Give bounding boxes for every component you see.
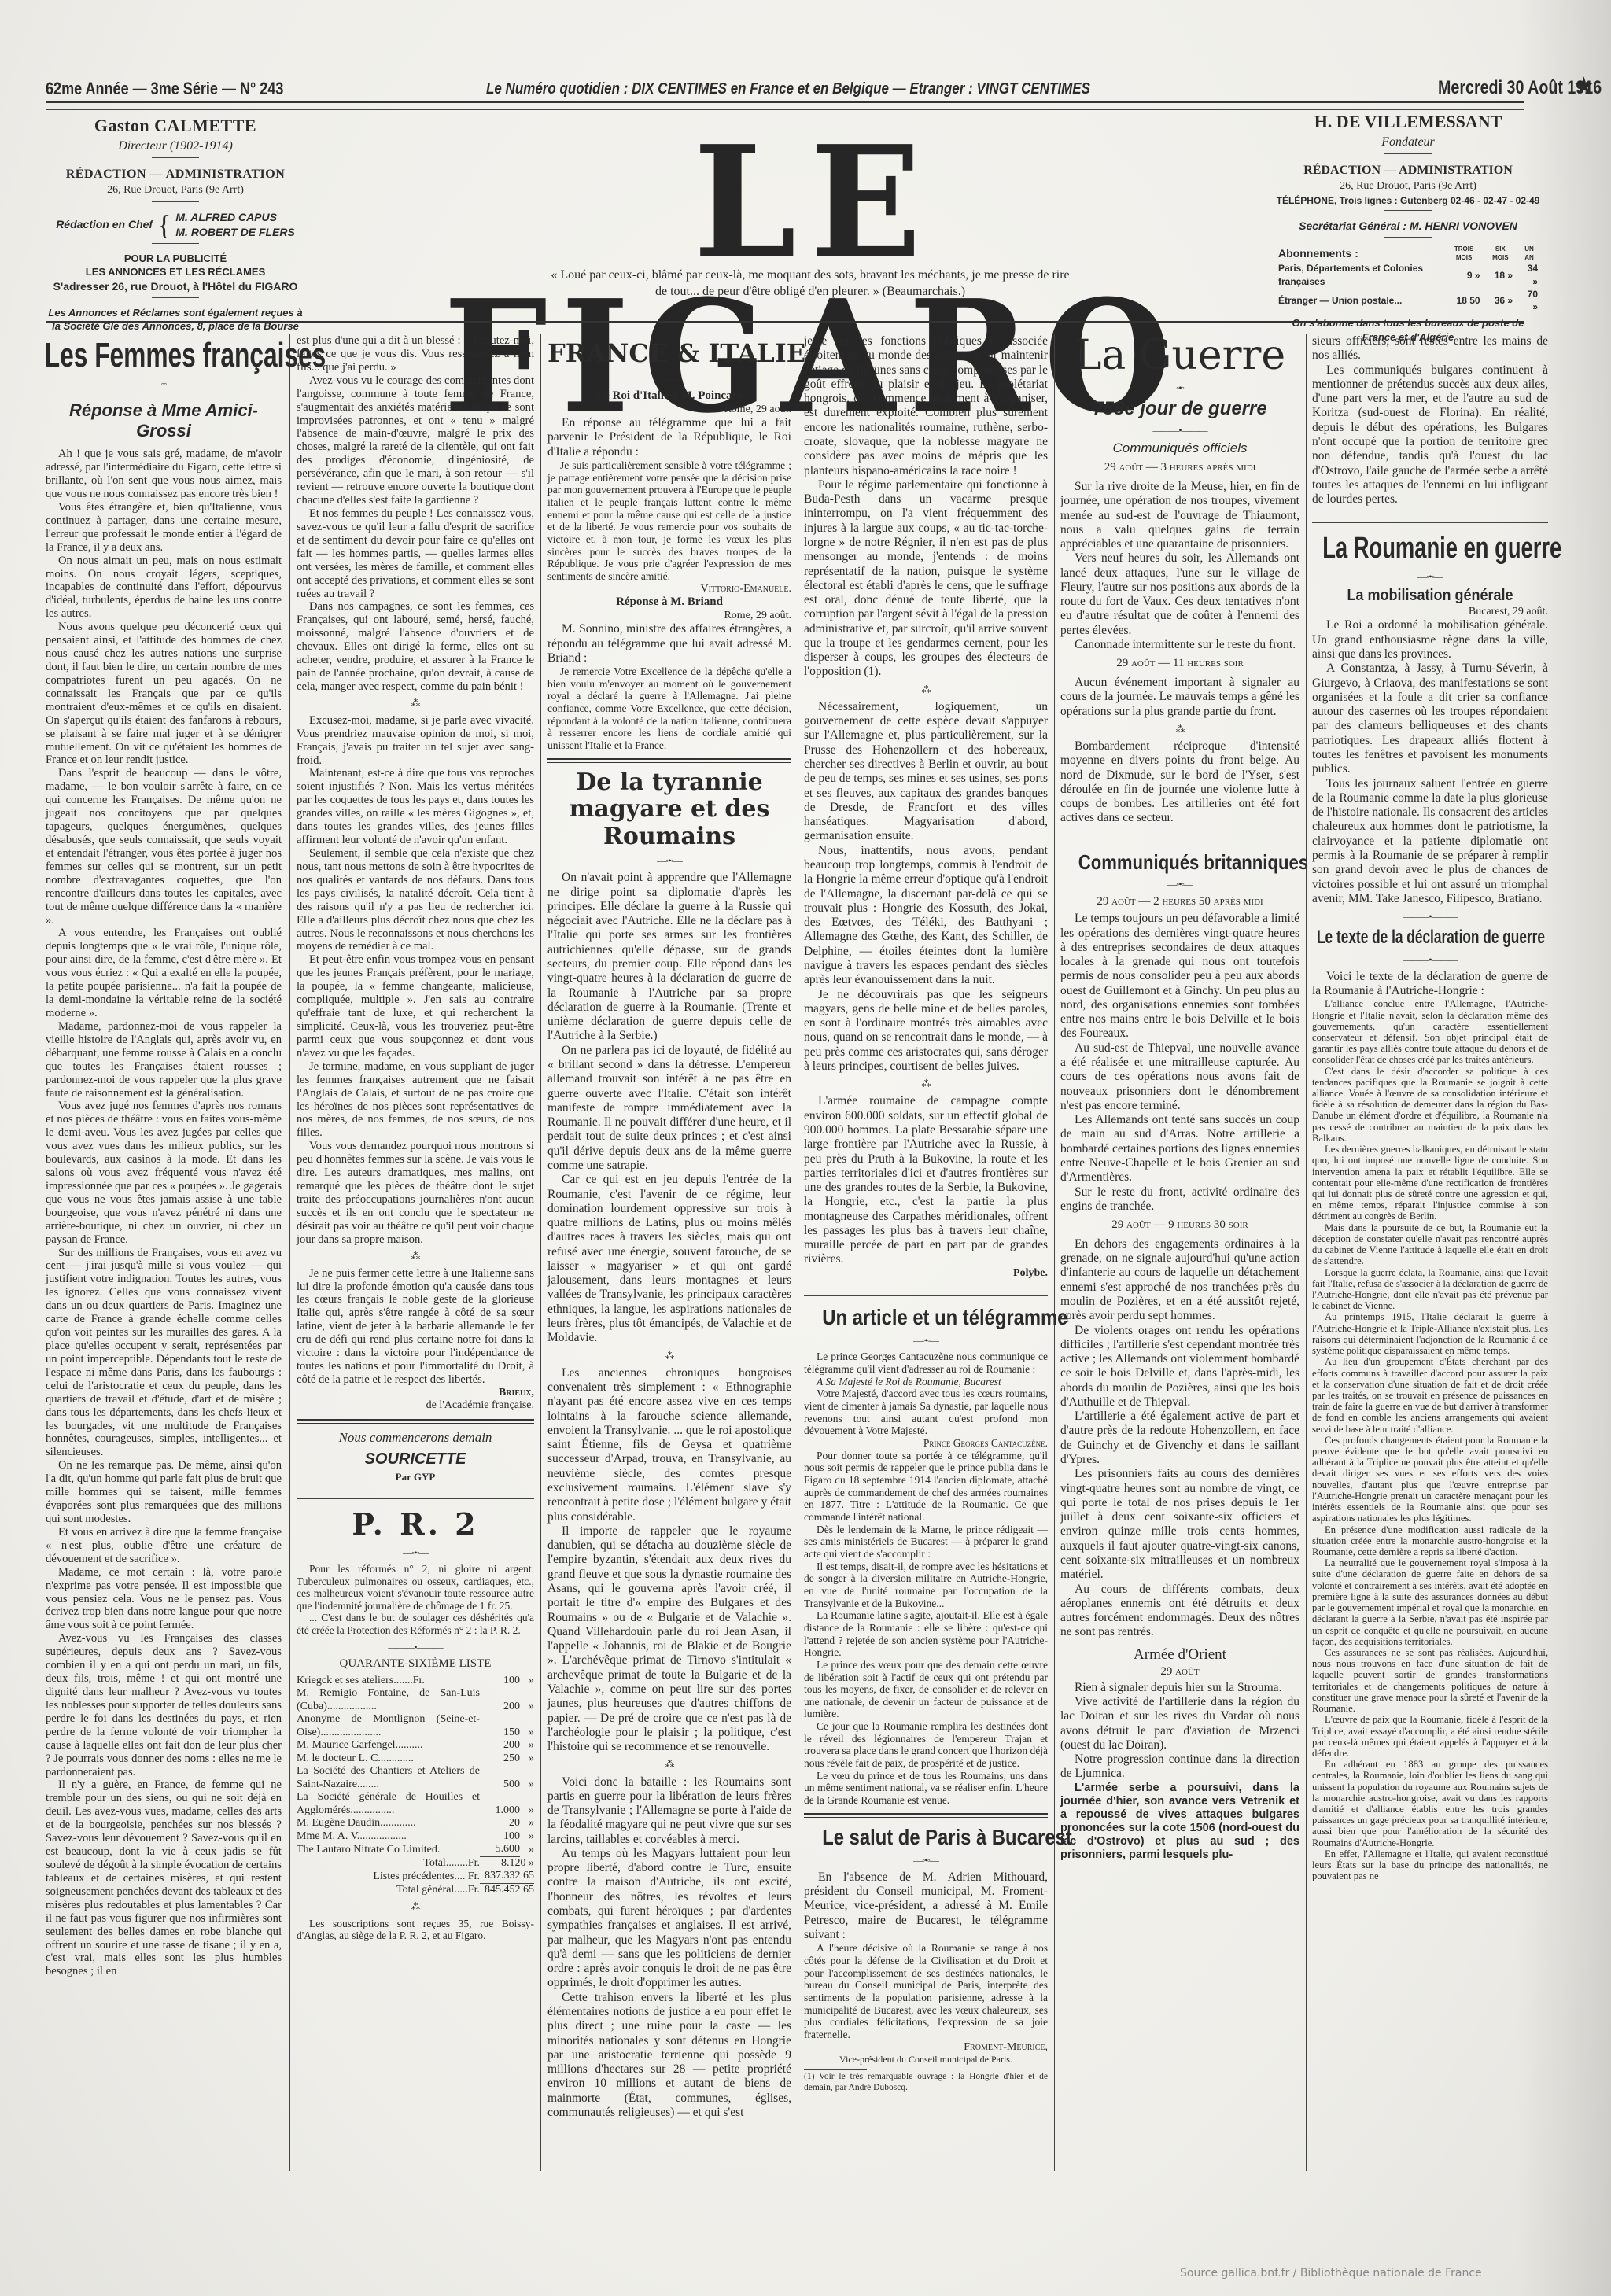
article-subhead: La mobilisation générale (1324, 587, 1536, 606)
ornament-divider: —◦•◦— (1060, 879, 1299, 890)
article-headline: Les Femmes françaises (45, 337, 282, 374)
table-row: Paris, Départements et Colonies français… (1274, 262, 1542, 287)
dateline: Bucarest, 29 août. (1312, 606, 1548, 619)
column-rule (798, 334, 798, 2171)
article-headline: FRANCE & ITALIE (547, 339, 791, 369)
ornament-divider: ———•——— (297, 1642, 534, 1653)
subscriptions-label: Abonnements : (1274, 245, 1444, 263)
chief-editors: Rédaction en Chef { M. ALFRED CAPUS M. R… (46, 210, 305, 240)
communique-time: 29 août — 2 heures 50 après midi (1060, 895, 1299, 909)
section-headline: Armée d'Orient (1060, 1646, 1299, 1664)
wave-divider (804, 1288, 1048, 1296)
article-headline: Le salut de Paris à Bucarest (822, 1824, 1030, 1850)
pr2-body: Pour les réformés n° 2, ni gloire ni arg… (297, 1563, 534, 1637)
col-header: TROIS MOIS (1444, 245, 1484, 263)
column-5: La Guerre —◦•◦— 758e jour de guerre ———•… (1060, 334, 1299, 1862)
list-item: M. Eugène Daudin.............20» (297, 1817, 534, 1830)
asterism-icon: ⁂ (804, 684, 1048, 695)
communique-time: 29 août — 11 heures soir (1060, 657, 1299, 671)
star-icon: ★ (1573, 72, 1594, 100)
article-headline: Un article et un télégramme (822, 1304, 1030, 1330)
founder-name: H. DE VILLEMESSANT (1274, 110, 1542, 134)
article-headline: Le texte de la déclaration de guerre (1317, 927, 1543, 949)
ornament-divider: —◦•◦— (297, 1547, 534, 1558)
author-signature: Brieux, (297, 1387, 534, 1400)
telephone: TÉLÉPHONE, Trois lignes : Gutenberg 02-4… (1274, 194, 1542, 207)
wave-divider (1060, 834, 1299, 842)
dateline: Rome, 29 août. (547, 404, 791, 417)
list-item: Kriegck et ses ateliers.......Fr.100» (297, 1675, 534, 1688)
address: 26, Rue Drouot, Paris (9e Arrt) (1274, 179, 1542, 194)
col-header: SIX MOIS (1484, 245, 1517, 263)
column-1: Les Femmes françaises — ◦◦ — Réponse à M… (46, 334, 282, 1978)
signature: Vittorio-Emanuele. (547, 583, 791, 596)
advertising-line-2: LES ANNONCES ET LES RÉCLAMES (46, 265, 305, 279)
wave-divider (297, 1491, 534, 1499)
asterism-icon: ⁂ (547, 1351, 791, 1362)
masthead-bottom-rule (46, 321, 1524, 330)
article-headline: La Guerre (1060, 334, 1299, 378)
motto: « Loué par ceux-ci, blâmé par ceux-là, m… (551, 267, 1070, 300)
price-line: Le Numéro quotidien : DIX CENTIMES en Fr… (486, 80, 1090, 98)
source-credit: Source gallica.bnf.fr / Bibliothèque nat… (1180, 2267, 1482, 2279)
ornament-divider (1384, 237, 1432, 242)
feuilleton-intro: Nous commencerons demain (297, 1430, 534, 1446)
ornament-divider: — ◦◦ — (46, 378, 282, 389)
list-item: Mme M. A. V..................100» (297, 1830, 534, 1844)
section-rule (804, 1813, 1048, 1818)
advertising-line-3: S'adresser 26, rue Drouot, à l'Hôtel du … (46, 279, 305, 294)
pr2-footer: Les souscriptions sont reçues 35, rue Bo… (297, 1918, 534, 1942)
ornament-divider: —◦•◦— (547, 374, 791, 385)
feuilleton-title: SOURICETTE (297, 1450, 534, 1469)
article-headline: La Roumanie en guerre (1322, 531, 1538, 566)
secretariat: Secrétariat Général : M. HENRI VONOVEN (1274, 219, 1542, 234)
column-6: sieurs officiers, sont restés entre les … (1312, 334, 1548, 1882)
list-item: The Lautaro Nitrate Co Limited.5.600» (297, 1843, 534, 1856)
ornament-divider (152, 297, 199, 303)
redaction-label: RÉDACTION — ADMINISTRATION (1274, 162, 1542, 179)
header-rule (46, 101, 1524, 110)
telegram-text: Je suis particulièrement sensible à votr… (547, 459, 791, 583)
column-2: est plus d'une qui a dit à un blessé : «… (297, 334, 534, 1942)
subscription-table: Abonnements : TROIS MOIS SIX MOIS UN AN … (1274, 245, 1542, 313)
article-headline: De la tyrannie magyare et des Roumains (547, 769, 791, 851)
table-row: Étranger — Union postale... 18 50 36 » 7… (1274, 288, 1542, 313)
ornament-divider (1384, 210, 1432, 216)
asterism-icon: ⁂ (804, 1078, 1048, 1089)
communique-time: 29 août (1060, 1665, 1299, 1679)
ornament-divider (152, 201, 199, 207)
director-name: Gaston CALMETTE (46, 114, 305, 138)
article-subhead: 758e jour de guerre (1060, 398, 1299, 420)
article-headline: Communiqués britanniques (1078, 850, 1281, 875)
list-item: M. Remigio Fontaine, de San-Luis (Cuba).… (297, 1687, 534, 1713)
ornament-divider (152, 243, 199, 249)
issue-number: 62me Année — 3me Série — N° 243 (46, 79, 283, 99)
article-subhead: Le Roi d'Italie à M. Poincaré (547, 389, 791, 404)
author-signature: Polybe. (804, 1267, 1048, 1281)
ornament-divider: ———•——— (1060, 425, 1299, 436)
section-rule (547, 758, 791, 763)
column-rule (1306, 334, 1307, 2171)
chief-editor-1: M. ALFRED CAPUS (175, 211, 277, 223)
asterism-icon: ⁂ (1060, 724, 1299, 735)
address: 26, Rue Drouot, Paris (9e Arrt) (46, 183, 305, 198)
feuilleton-author: Par GYP (297, 1471, 534, 1483)
ornament-divider: —◦•◦— (804, 1855, 1048, 1866)
column-rule (289, 334, 290, 2171)
director-role: Directeur (1902-1914) (46, 138, 305, 155)
column-rule (540, 334, 541, 2171)
asterism-icon: ⁂ (297, 1901, 534, 1912)
article-body-continued: est plus d'une qui a dit à un blessé : «… (297, 334, 534, 1387)
signature-title: Vice-président du Conseil municipal de P… (804, 2054, 1048, 2065)
wave-divider (1312, 514, 1548, 523)
donation-list: Kriegck et ses ateliers.......Fr.100» M.… (297, 1675, 534, 1897)
section-subhead: Communiqués officiels (1060, 440, 1299, 456)
list-title: QUARANTE-SIXIÈME LISTE (297, 1657, 534, 1671)
list-item: M. Maurice Garfengel..........200» (297, 1739, 534, 1752)
dateline: Rome, 29 août. (547, 610, 791, 623)
newspaper-page: 62me Année — 3me Série — N° 243 Le Numér… (0, 0, 1611, 2296)
chief-editors-label: Rédaction en Chef (56, 217, 153, 232)
previous-row: Listes précédentes.... Fr.837.332 65 (297, 1870, 534, 1883)
column-3: FRANCE & ITALIE —◦•◦— Le Roi d'Italie à … (547, 334, 791, 2120)
col-header: UN AN (1517, 245, 1542, 263)
list-item: Anonyme de Montlignon (Seine-et-Oise)...… (297, 1713, 534, 1739)
author-title: de l'Académie française. (297, 1399, 534, 1413)
telegram-text: Je remercie Votre Excellence de la dépêc… (547, 665, 791, 752)
pr2-headline: P. R. 2 (297, 1507, 534, 1542)
total-row: Total........Fr.8.120 » (297, 1856, 534, 1870)
communique-time: 29 août — 9 heures 30 soir (1060, 1218, 1299, 1233)
article-body: Ah ! que je vous sais gré, madame, de m'… (46, 448, 282, 1978)
chief-editor-2: M. ROBERT DE FLERS (175, 226, 294, 238)
article-subhead: Réponse à Mme Amici-Grossi (46, 400, 282, 441)
signature: Froment-Meurice, (804, 2041, 1048, 2055)
asterism-icon: ⁂ (547, 1759, 791, 1770)
ornament-divider: —◦•◦— (1312, 571, 1548, 582)
column-rule (1054, 334, 1055, 2171)
ornament-divider: ———•——— (1312, 954, 1548, 965)
asterism-icon: ⁂ (297, 1251, 534, 1262)
ornament-divider (1384, 153, 1432, 159)
ornament-divider (152, 157, 199, 163)
grand-total-row: Total général.....Fr.845.452 65 (297, 1883, 534, 1896)
ornament-divider: —◦•◦— (804, 1335, 1048, 1346)
ornament-divider: ———•——— (1312, 911, 1548, 922)
communique-time: 29 août — 3 heures après midi (1060, 461, 1299, 475)
footnote-rule (804, 2069, 867, 2070)
top-info-bar: 62me Année — 3me Série — N° 243 Le Numér… (46, 72, 1556, 104)
list-item: M. le docteur L. C.............250» (297, 1752, 534, 1766)
footnote: (1) Voir le très remarquable ouvrage : l… (804, 2072, 1048, 2093)
ornament-divider: —◦•◦— (547, 855, 791, 866)
masthead-left: Gaston CALMETTE Directeur (1902-1914) RÉ… (46, 114, 305, 334)
ornament-divider: —◦•◦— (1060, 382, 1299, 393)
redaction-label: RÉDACTION — ADMINISTRATION (46, 166, 305, 183)
brace-icon: { (157, 211, 171, 239)
list-item: La Société générale de Houilles et Agglo… (297, 1791, 534, 1817)
article-subhead: Réponse à M. Briand (547, 595, 791, 610)
list-item: La Société des Chantiers et Ateliers de … (297, 1765, 534, 1791)
masthead-right: H. DE VILLEMESSANT Fondateur RÉDACTION —… (1274, 110, 1542, 344)
column-4: jetée sur les fonctions publiques et ass… (804, 334, 1048, 2093)
section-rule (297, 1419, 534, 1424)
asterism-icon: ⁂ (297, 698, 534, 709)
founder-role: Fondateur (1274, 134, 1542, 151)
advertising-line-1: POUR LA PUBLICITÉ (46, 252, 305, 266)
